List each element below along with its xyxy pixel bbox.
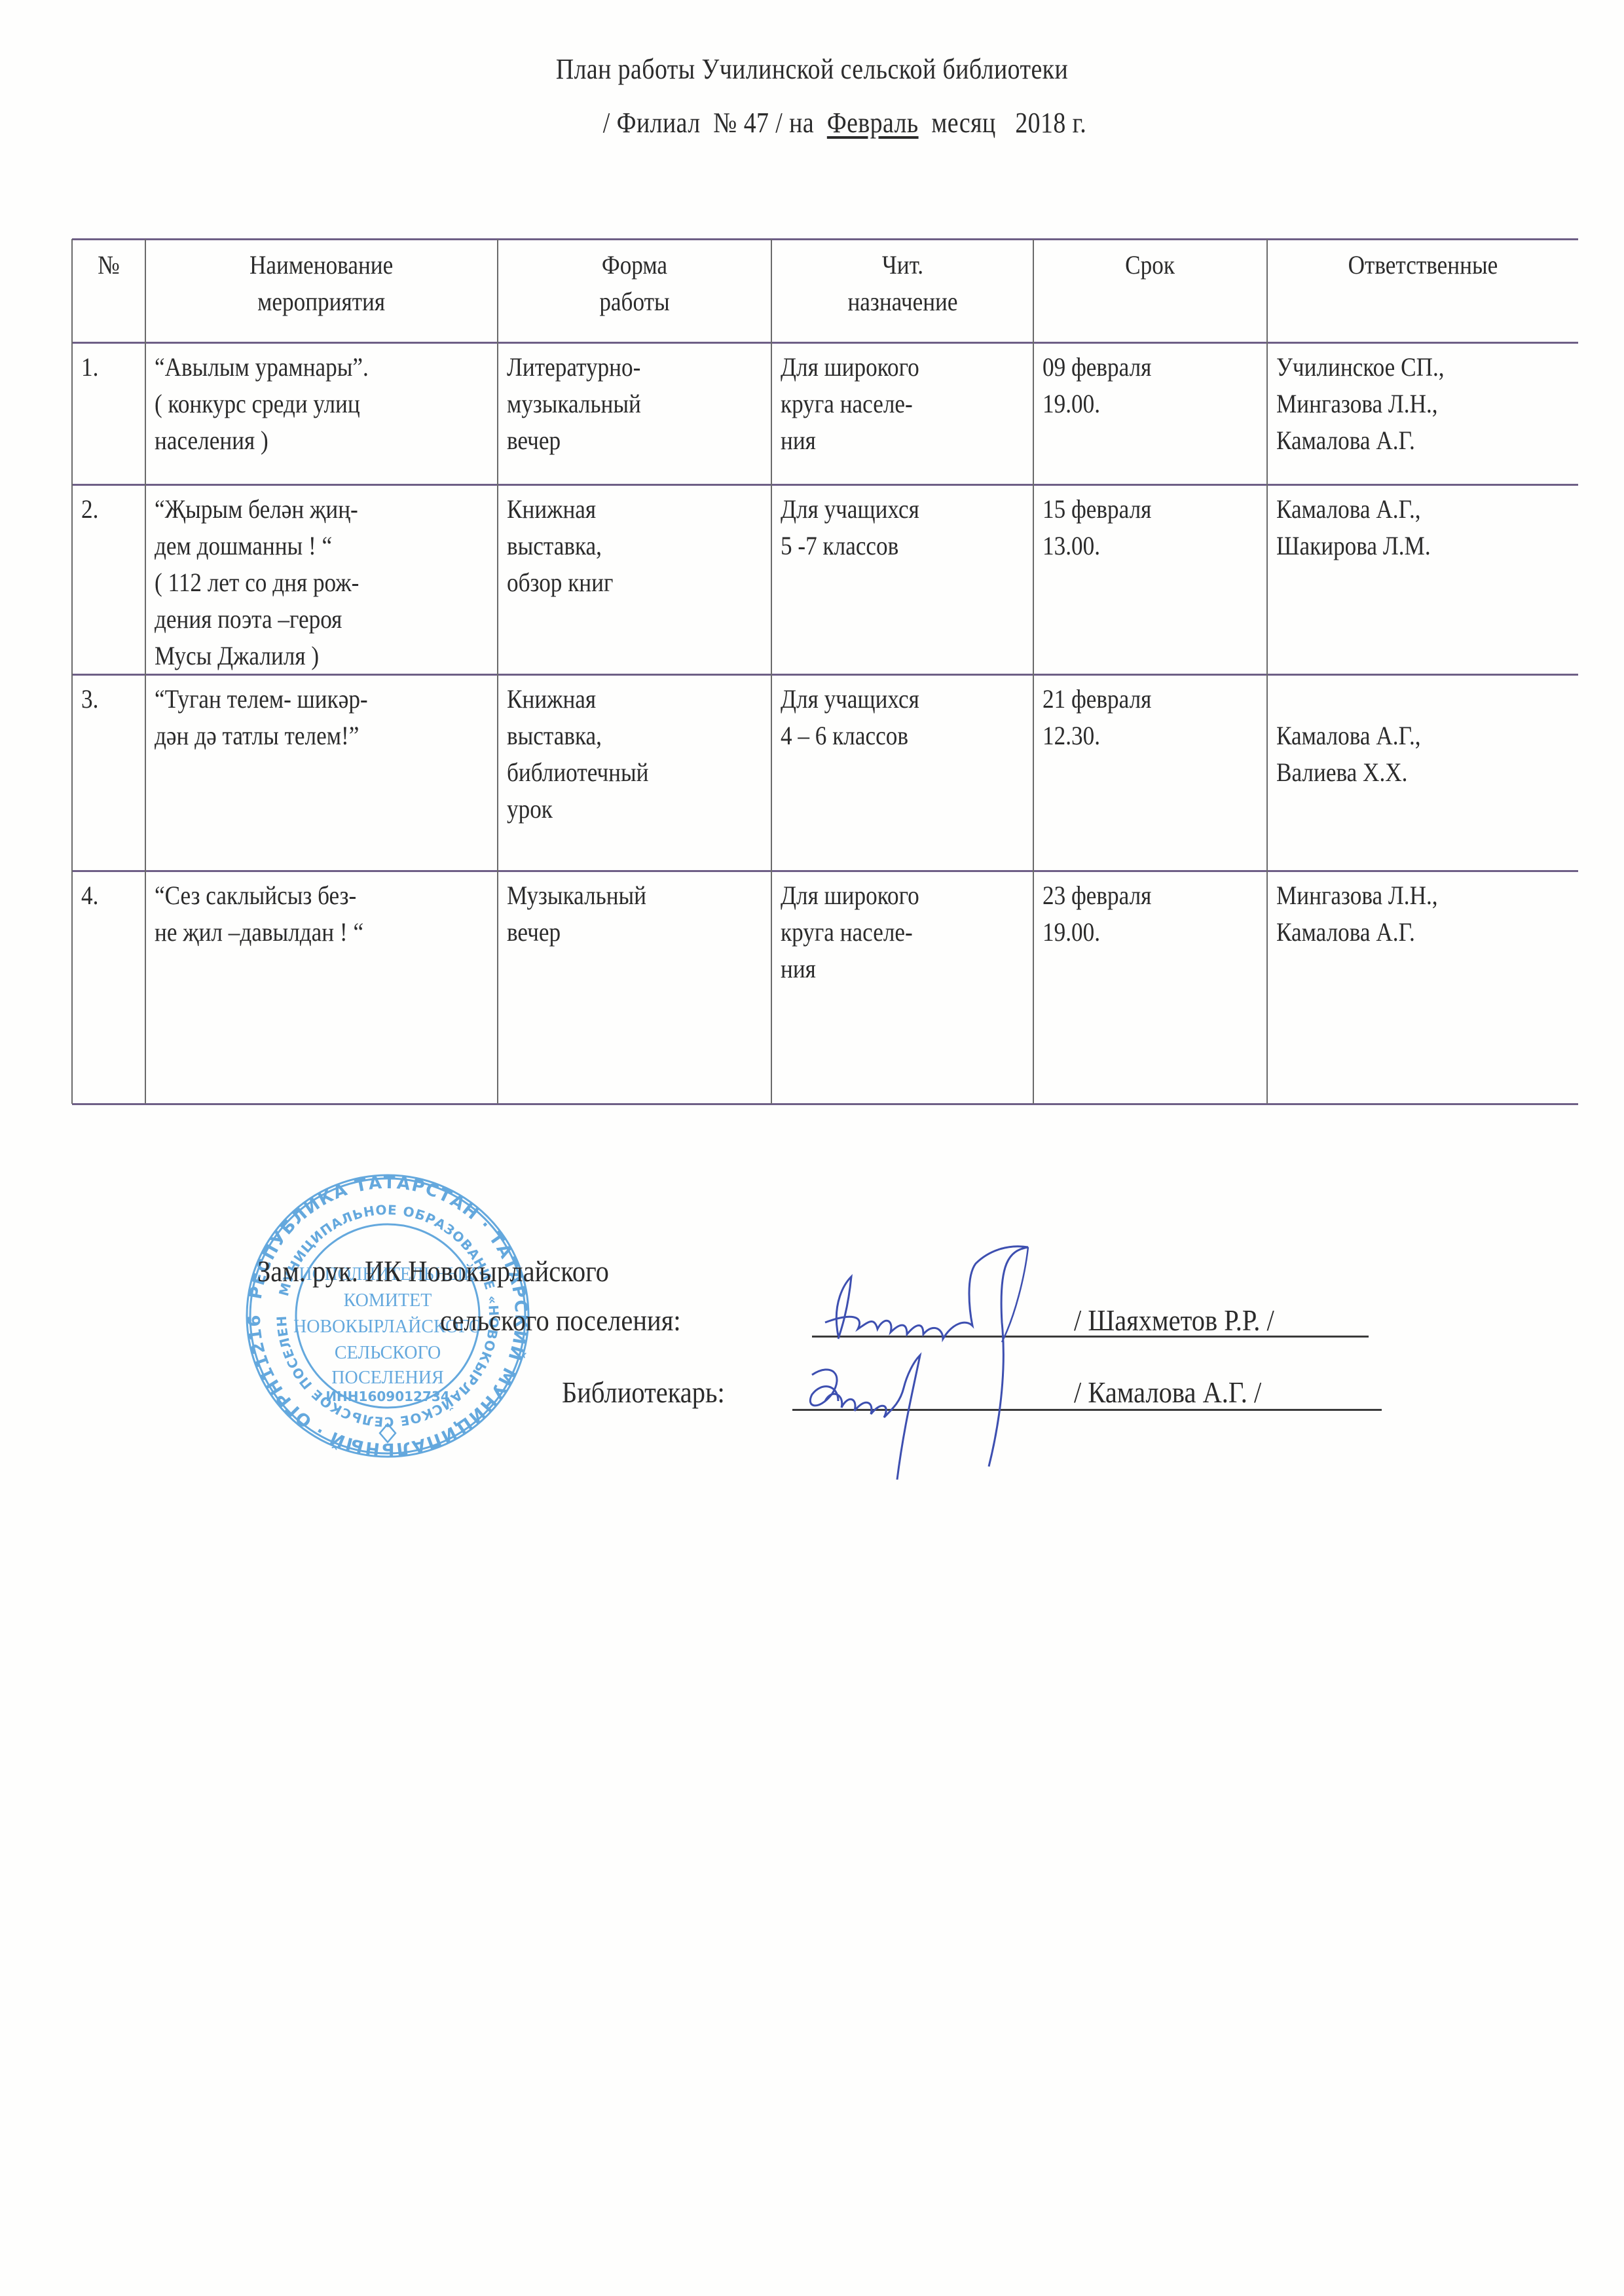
- stamp-center-line: СЕЛЬСКОГО: [335, 1343, 441, 1363]
- table-column-rule: [1033, 239, 1034, 1104]
- cell-responsible: Камалова А.Г., Шакирова Л.М.: [1276, 491, 1574, 564]
- column-header-responsible: Ответственные: [1267, 247, 1578, 283]
- document-title: План работы Училинской сельской библиоте…: [114, 52, 1511, 86]
- cell-num: 3.: [81, 681, 141, 718]
- cell-name: “Туган телем- шикәр- дән дә татлы телем!…: [155, 681, 494, 754]
- branch-label: / Филиал № 47 / на: [603, 107, 827, 139]
- librarian-name: / Камалова А.Г. /: [1074, 1375, 1261, 1410]
- cell-num: 4.: [81, 877, 141, 914]
- cell-audience: Для широкого круга населе- ния: [781, 349, 1029, 459]
- column-header-name: Наименование мероприятия: [145, 247, 498, 320]
- table-column-rule: [497, 239, 498, 1104]
- deputy-name: / Шаяхметов Р.Р. /: [1074, 1303, 1274, 1338]
- month-label: Февраль: [827, 107, 919, 139]
- cell-date: 23 февраля 19.00.: [1043, 877, 1263, 951]
- cell-responsible: Мингазова Л.Н., Камалова А.Г.: [1276, 877, 1574, 951]
- cell-audience: Для учащихся 5 -7 классов: [781, 491, 1029, 564]
- svg-text:ИНН1609012734: ИНН1609012734: [325, 1389, 449, 1404]
- cell-form: Литературно- музыкальный вечер: [507, 349, 767, 459]
- cell-form: Музыкальный вечер: [507, 877, 767, 951]
- cell-date: 21 февраля 12.30.: [1043, 681, 1263, 754]
- column-header-audience: Чит. назначение: [771, 247, 1033, 320]
- cell-responsible: Училинское СП., Мингазова Л.Н., Камалова…: [1276, 349, 1574, 459]
- cell-date: 15 февраля 13.00.: [1043, 491, 1263, 564]
- period-label: месяц 2018 г.: [919, 107, 1087, 139]
- column-header-num: №: [72, 247, 145, 283]
- stamp-center-line: КОМИТЕТ: [344, 1290, 432, 1311]
- librarian-signature: [792, 1349, 989, 1493]
- table-column-rule: [1266, 239, 1268, 1104]
- column-header-date: Срок: [1033, 247, 1267, 283]
- events-table: №Наименование мероприятияФорма работыЧит…: [72, 239, 1578, 1104]
- cell-form: Книжная выставка, обзор книг: [507, 491, 767, 601]
- cell-name: “Сез саклыйсыз без- не җил –давылдан ! “: [155, 877, 494, 951]
- deputy-title-line1: Зам. рук. ИК Новокырлайского: [257, 1254, 609, 1288]
- cell-num: 1.: [81, 349, 141, 386]
- table-column-rule: [71, 239, 73, 1104]
- table-top-rule: [72, 238, 1578, 240]
- column-header-form: Форма работы: [498, 247, 771, 320]
- title-line-1: План работы Училинской сельской библиоте…: [556, 53, 1068, 85]
- cell-audience: Для учащихся 4 – 6 классов: [781, 681, 1029, 754]
- cell-name: “Җырым белән җиң- дем дошманны ! “ ( 112…: [155, 491, 494, 674]
- stamp-center-line: ПОСЕЛЕНИЯ: [331, 1368, 443, 1388]
- cell-date: 09 февраля 19.00.: [1043, 349, 1263, 422]
- table-column-rule: [771, 239, 772, 1104]
- table-bottom-rule: [72, 1103, 1578, 1105]
- cell-form: Книжная выставка, библиотечный урок: [507, 681, 767, 828]
- table-row-rule: [72, 342, 1578, 344]
- table-row-rule: [72, 870, 1578, 872]
- cell-name: “Авылым урамнары”. ( конкурс среди улиц …: [155, 349, 494, 459]
- librarian-title: Библиотекарь:: [562, 1375, 725, 1410]
- cell-num: 2.: [81, 491, 141, 528]
- table-column-rule: [145, 239, 146, 1104]
- document-subtitle: / Филиал № 47 / на Февраль месяц 2018 г.: [147, 106, 1543, 139]
- deputy-title-line2: сельского поселения:: [440, 1303, 681, 1338]
- cell-responsible: Камалова А.Г., Валиева Х.Х.: [1276, 681, 1574, 791]
- cell-audience: Для широкого круга населе- ния: [781, 877, 1029, 987]
- table-row-rule: [72, 484, 1578, 486]
